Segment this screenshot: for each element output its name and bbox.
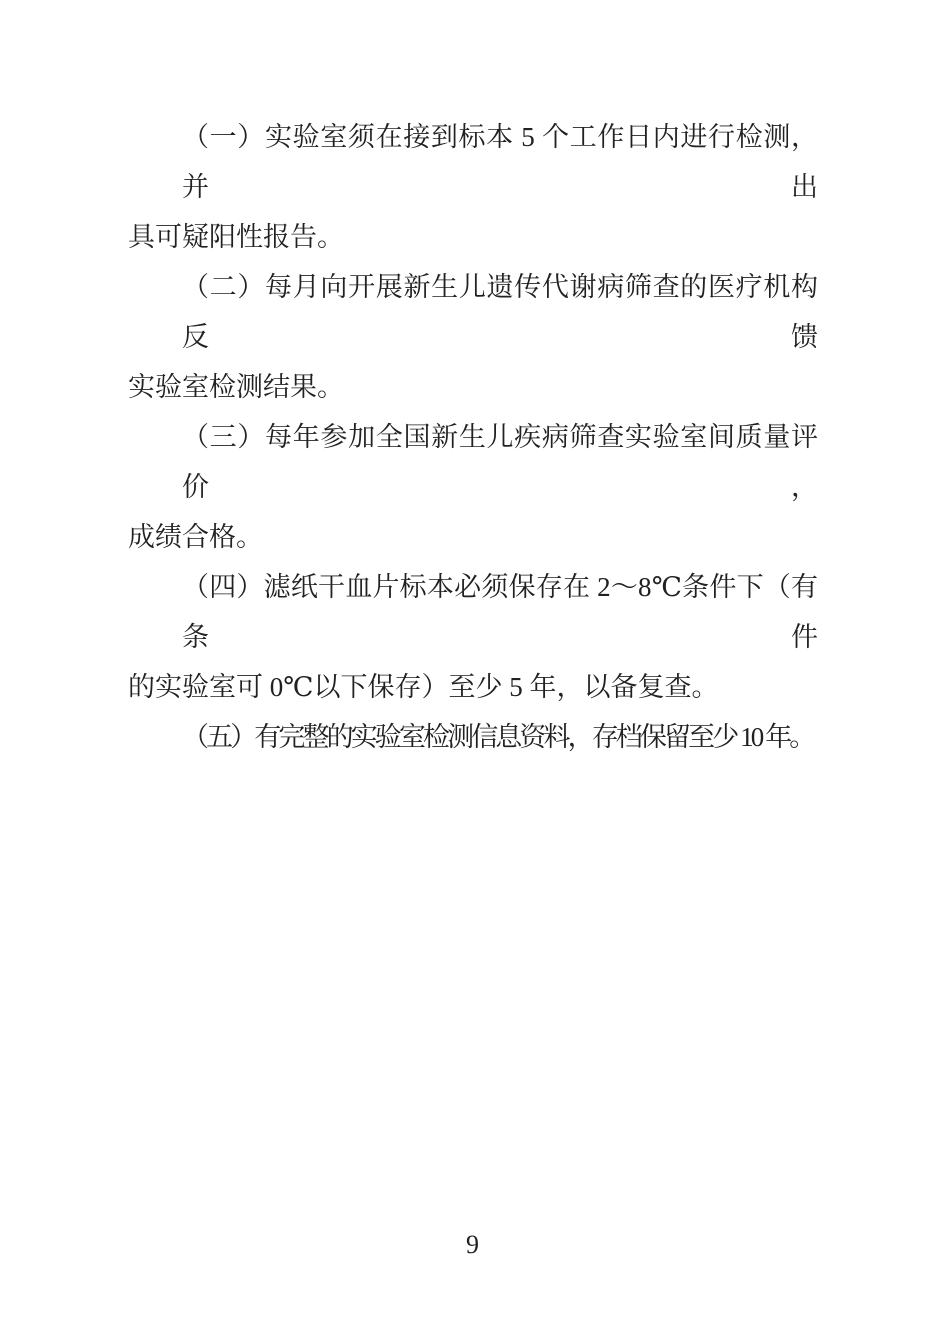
paragraph-2: （二）每月向开展新生儿遗传代谢病筛查的医疗机构反馈 实验室检测结果。 [128,262,818,412]
text-line: （五）有完整的实验室检测信息资料，存档保留至少 10 年。 [128,712,818,762]
text-line: 的实验室可 0℃以下保存）至少 5 年，以备复查。 [128,662,818,712]
page-number: 9 [466,1230,479,1259]
text-line: 具可疑阳性报告。 [128,212,818,262]
text-line: （一）实验室须在接到标本 5 个工作日内进行检测，并出 [128,112,818,212]
text-line: 实验室检测结果。 [128,362,818,412]
paragraph-1: （一）实验室须在接到标本 5 个工作日内进行检测，并出 具可疑阳性报告。 [128,112,818,262]
text-line: （二）每月向开展新生儿遗传代谢病筛查的医疗机构反馈 [128,262,818,362]
text-line: （三）每年参加全国新生儿疾病筛查实验室间质量评价， [128,412,818,512]
document-body: （一）实验室须在接到标本 5 个工作日内进行检测，并出 具可疑阳性报告。 （二）… [128,112,818,762]
page-footer: 9 [0,1230,945,1260]
paragraph-5: （五）有完整的实验室检测信息资料，存档保留至少 10 年。 [128,712,818,762]
text-line: （四）滤纸干血片标本必须保存在 2～8℃条件下（有条件 [128,562,818,662]
paragraph-4: （四）滤纸干血片标本必须保存在 2～8℃条件下（有条件 的实验室可 0℃以下保存… [128,562,818,712]
paragraph-3: （三）每年参加全国新生儿疾病筛查实验室间质量评价， 成绩合格。 [128,412,818,562]
text-line: 成绩合格。 [128,512,818,562]
document-page: （一）实验室须在接到标本 5 个工作日内进行检测，并出 具可疑阳性报告。 （二）… [0,0,945,1336]
